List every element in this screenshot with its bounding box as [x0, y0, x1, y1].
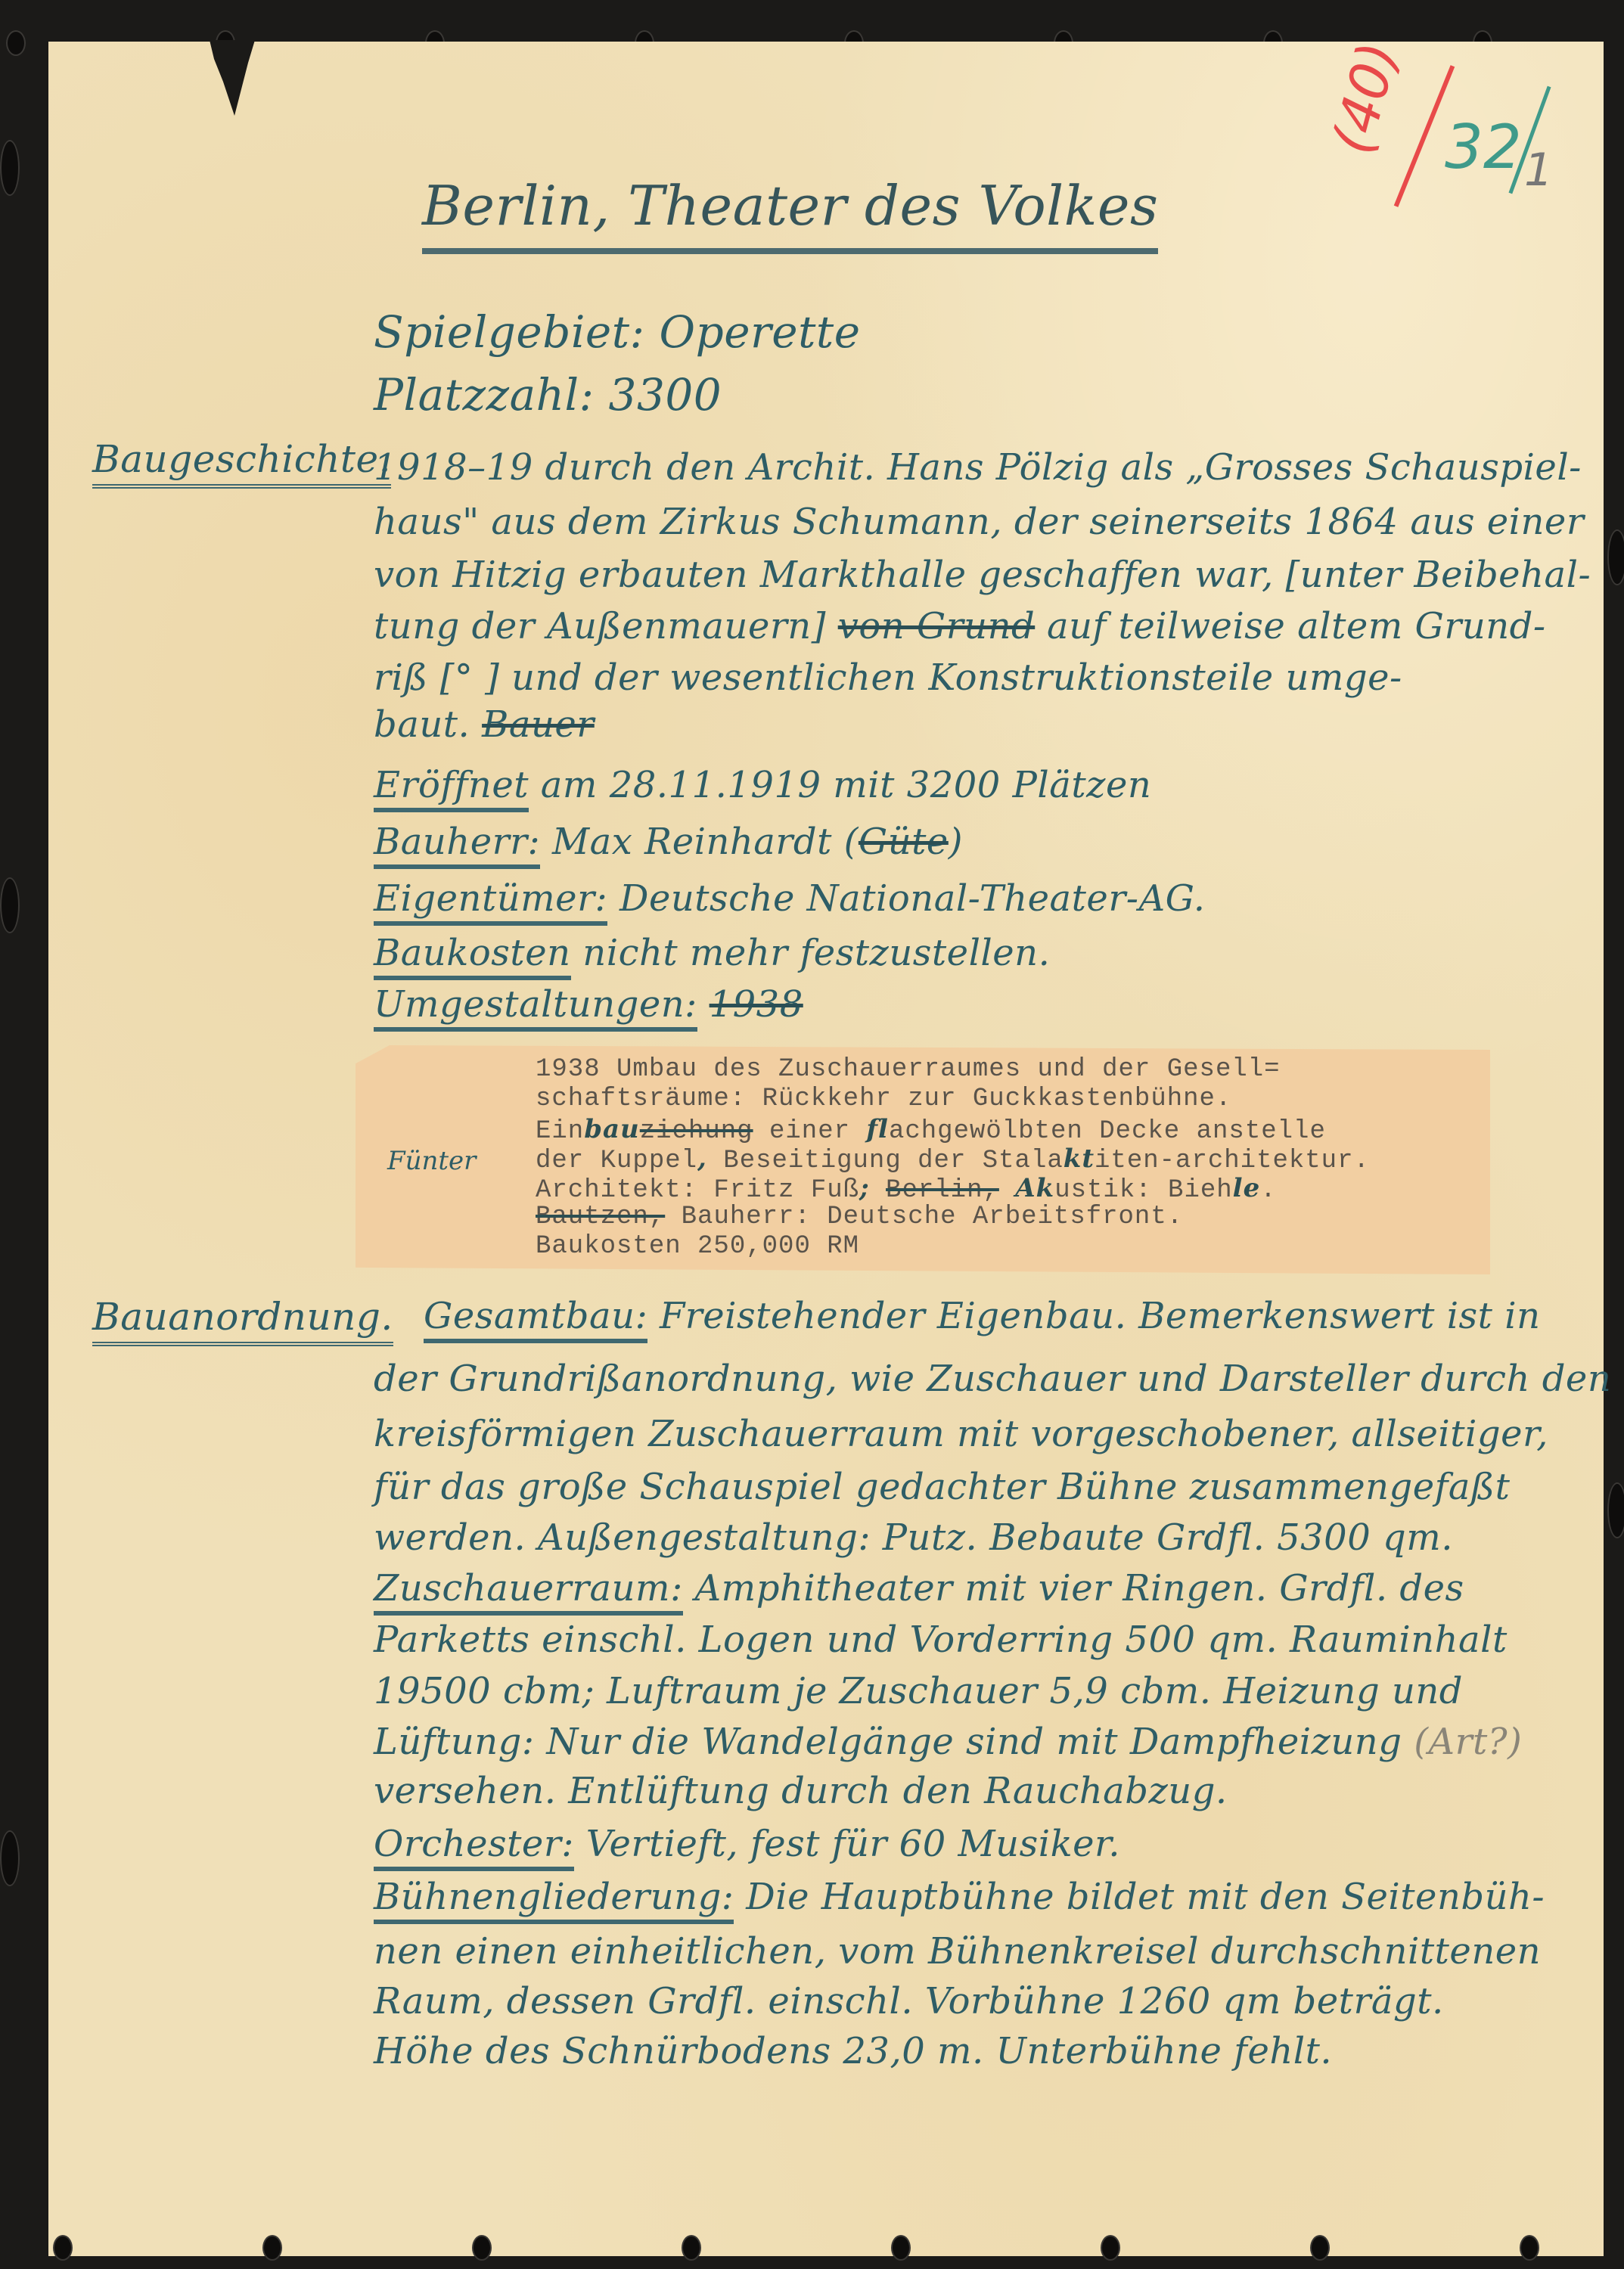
binder-hole: [53, 2235, 73, 2261]
binder-hole-left: [0, 1830, 20, 1886]
page-title: Berlin, Theater des Volkes: [422, 174, 1158, 254]
zuschauerraum-line: Lüftung: Nur die Wandelgänge sind mit Da…: [374, 1721, 1522, 1763]
binder-hole-right: [1607, 529, 1624, 585]
baugeschichte-line: haus" aus dem Zirkus Schumann, der seine…: [374, 501, 1584, 543]
bauanordnung-line: Gesamtbau: Freistehender Eigenbau. Bemer…: [424, 1295, 1540, 1337]
spielgebiet-value: Operette: [660, 306, 861, 358]
spielgebiet-label: Spielgebiet:: [374, 306, 645, 358]
zuschauerraum-line: 19500 cbm; Luftraum je Zuschauer 5,9 cbm…: [374, 1670, 1463, 1712]
baugeschichte-line: riß [° ] und der wesentlichen Konstrukti…: [374, 656, 1402, 699]
bauherr-value: Max Reinhardt (: [552, 821, 859, 863]
binder-hole: [1101, 2235, 1120, 2261]
gesamtbau-label: Gesamtbau:: [424, 1295, 647, 1343]
binder-hole-left: [0, 140, 20, 196]
bauanordnung-line: für das große Schauspiel gedachter Bühne…: [374, 1466, 1510, 1508]
torn-corner: [210, 40, 255, 116]
baukosten-value: nicht mehr festzustellen.: [582, 932, 1050, 974]
eroeffnet-value: am 28.11.1919 mit 3200 Plätzen: [541, 764, 1151, 806]
binder-holes-bottom: [0, 2235, 1624, 2265]
margin-note: Fünter: [387, 1146, 476, 1176]
binder-hole: [1520, 2235, 1539, 2261]
baugeschichte-line: baut. Bauer: [374, 703, 595, 746]
zuschauerraum-line: versehen. Entlüftung durch den Rauchabzu…: [374, 1770, 1228, 1812]
typed-line: Baukosten 250,000 RM: [536, 1232, 859, 1261]
section-label-baugeschichte: Baugeschichte.: [92, 437, 391, 489]
baukosten-field: Baukosten nicht mehr festzustellen.: [374, 932, 1050, 974]
buehnengliederung-line: Bühnengliederung: Die Hauptbühne bildet …: [374, 1876, 1545, 1918]
catalog-number-grey: 1: [1524, 144, 1553, 197]
struck-text: Bauer: [482, 703, 595, 746]
buehnengliederung-line: Raum, dessen Grdfl. einschl. Vorbühne 12…: [374, 1980, 1444, 2022]
typed-line: Bautzen, Bauherr: Deutsche Arbeitsfront.: [536, 1203, 1183, 1231]
typed-line: 1938 Umbau des Zuschauerraumes und der G…: [536, 1055, 1281, 1084]
buehnengliederung-line: nen einen einheitlichen, vom Bühnenkreis…: [374, 1930, 1541, 1973]
umgestaltungen-label: Umgestaltungen:: [374, 983, 697, 1032]
baugeschichte-line: 1918–19 durch den Archit. Hans Pölzig al…: [374, 446, 1582, 489]
zuschauerraum-line: Zuschauerraum: Amphitheater mit vier Rin…: [374, 1567, 1464, 1609]
binder-hole: [472, 2235, 492, 2261]
platzzahl-label: Platzzahl:: [374, 369, 595, 421]
struck-text: 1938: [710, 983, 803, 1026]
struck-text: von Grund: [838, 605, 1036, 647]
catalog-number-teal: 32: [1445, 112, 1522, 182]
buehnengliederung-line: Höhe des Schnürbodens 23,0 m. Unterbühne…: [374, 2030, 1332, 2072]
platzzahl-field: Platzzahl: 3300: [374, 369, 722, 421]
typed-line: Einbauziehung einer flachgewölbten Decke…: [536, 1114, 1326, 1146]
baugeschichte-line: tung der Außenmauern] von Grund auf teil…: [374, 605, 1546, 647]
zuschauerraum-line: Parketts einschl. Logen und Vorderring 5…: [374, 1619, 1508, 1661]
platzzahl-value: 3300: [609, 369, 722, 421]
zuschauerraum-label: Zuschauerraum:: [374, 1567, 683, 1616]
section-label-bauanordnung: Bauanordnung.: [92, 1295, 393, 1346]
buehnengliederung-label: Bühnengliederung:: [374, 1876, 734, 1924]
baukosten-label: Baukosten: [374, 932, 571, 980]
pencil-note: (Art?): [1414, 1721, 1522, 1763]
bauherr-label: Bauherr:: [374, 821, 540, 869]
bauanordnung-line: werden. Außengestaltung: Putz. Bebaute G…: [374, 1516, 1453, 1559]
baugeschichte-line: von Hitzig erbauten Markthalle geschaffe…: [374, 554, 1591, 596]
umgestaltungen-field: Umgestaltungen: 1938: [374, 983, 803, 1026]
binder-hole: [1310, 2235, 1330, 2261]
spielgebiet-field: Spielgebiet: Operette: [374, 306, 861, 358]
bauherr-field: Bauherr: Max Reinhardt (Güte): [374, 821, 963, 863]
eigentuemer-field: Eigentümer: Deutsche National-Theater-AG…: [374, 877, 1206, 920]
binder-hole-right: [1607, 1482, 1624, 1538]
binder-hole: [891, 2235, 911, 2261]
orchester-label: Orchester:: [374, 1823, 574, 1871]
typed-line: schaftsräume: Rückkehr zur Guckkastenbüh…: [536, 1085, 1231, 1113]
binder-hole: [682, 2235, 701, 2261]
bauanordnung-line: der Grundrißanordnung, wie Zuschauer und…: [374, 1358, 1611, 1400]
bauanordnung-line: kreisförmigen Zuschauerraum mit vorgesch…: [374, 1413, 1548, 1455]
typed-line: der Kuppel, Beseitigung der Stalaktiten-…: [536, 1144, 1370, 1175]
orchester-line: Orchester: Vertieft, fest für 60 Musiker…: [374, 1823, 1120, 1865]
eigentuemer-value: Deutsche National-Theater-AG.: [619, 877, 1206, 920]
binder-hole: [262, 2235, 282, 2261]
eroeffnet-label: Eröffnet: [374, 764, 529, 812]
struck-text: Güte: [859, 821, 949, 863]
binder-hole-left: [0, 877, 20, 933]
typed-line: Architekt: Fritz Fuß; Berlin, Akustik: B…: [536, 1173, 1277, 1205]
eroeffnet-field: Eröffnet am 28.11.1919 mit 3200 Plätzen: [374, 764, 1151, 806]
binder-hole: [6, 30, 26, 56]
eigentuemer-label: Eigentümer:: [374, 877, 607, 926]
